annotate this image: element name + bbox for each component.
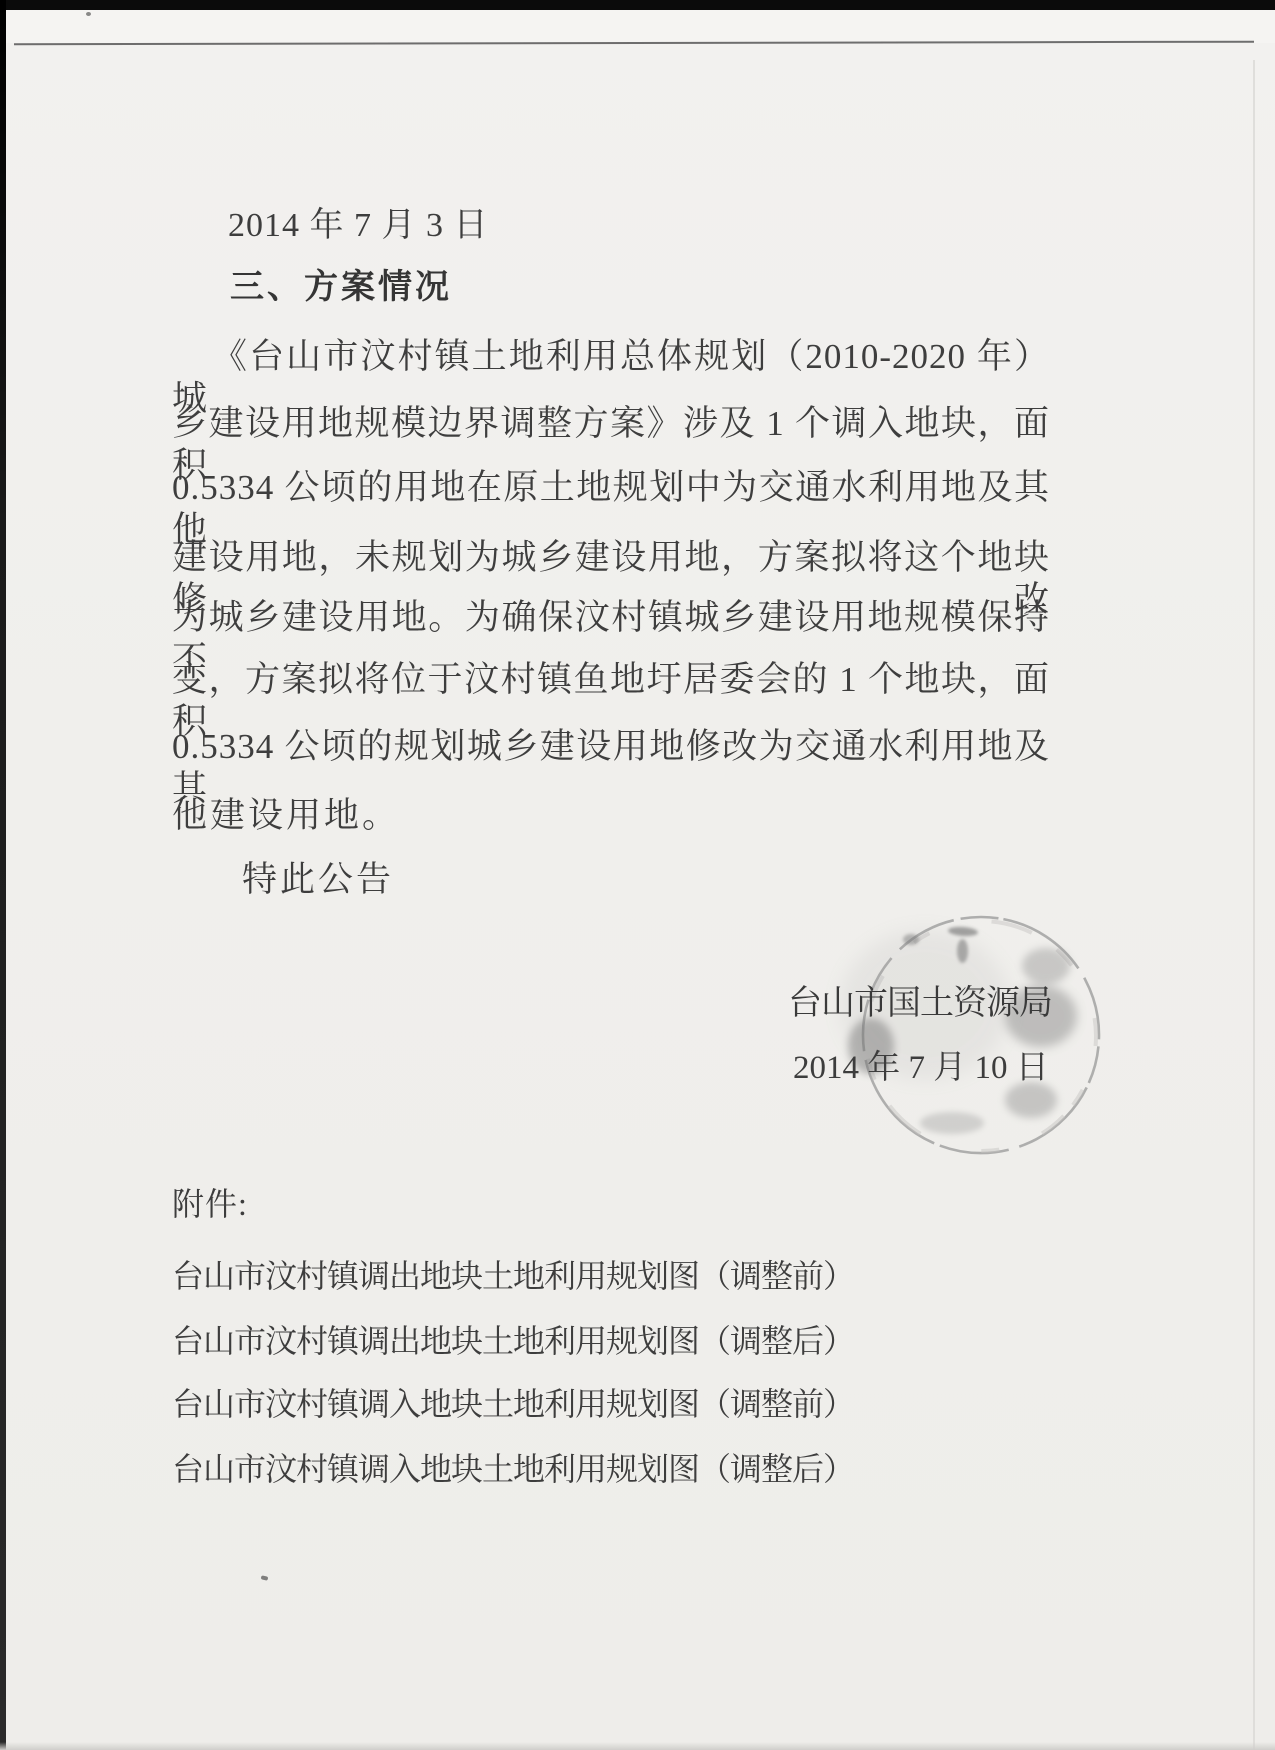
attachment-item: 台山市汶村镇调入地块土地利用规划图（调整后） xyxy=(172,1444,854,1490)
attachment-item: 台山市汶村镇调出地块土地利用规划图（调整后） xyxy=(172,1316,854,1362)
document-date-top: 2014 年 7 月 3 日 xyxy=(228,206,489,246)
paragraph-line: 他建设用地。 xyxy=(172,795,1050,837)
scanned-document-page: 2014 年 7 月 3 日 三、方案情况 《台山市汶村镇土地利用总体规划（20… xyxy=(0,0,1275,1750)
signature-date: 2014 年 7 月 10 日 xyxy=(793,1049,1049,1088)
stamp-smudge xyxy=(903,934,919,945)
scan-artifact-top-edge xyxy=(0,0,1275,10)
scan-artifact-left-edge xyxy=(0,0,6,1750)
closing-phrase: 特此公告 xyxy=(242,859,394,900)
scan-paper-strip xyxy=(6,10,1275,43)
stamp-smudge xyxy=(957,939,968,963)
attachment-item: 台山市汶村镇调入地块土地利用规划图（调整前） xyxy=(172,1379,854,1425)
scan-speck xyxy=(261,1575,269,1581)
section-heading: 三、方案情况 xyxy=(230,268,452,308)
stamp-smudge xyxy=(920,1112,984,1134)
stamp-smudge xyxy=(1022,948,1070,984)
attachment-item: 台山市汶村镇调出地块土地利用规划图（调整前） xyxy=(172,1251,854,1297)
attachments-label: 附件: xyxy=(172,1186,248,1224)
scan-artifact-bottom-edge xyxy=(0,1742,1275,1750)
signature-organization: 台山市国土资源局 xyxy=(788,984,1052,1024)
scan-speck xyxy=(86,12,91,16)
scan-artifact-right-edge xyxy=(1253,60,1255,1750)
